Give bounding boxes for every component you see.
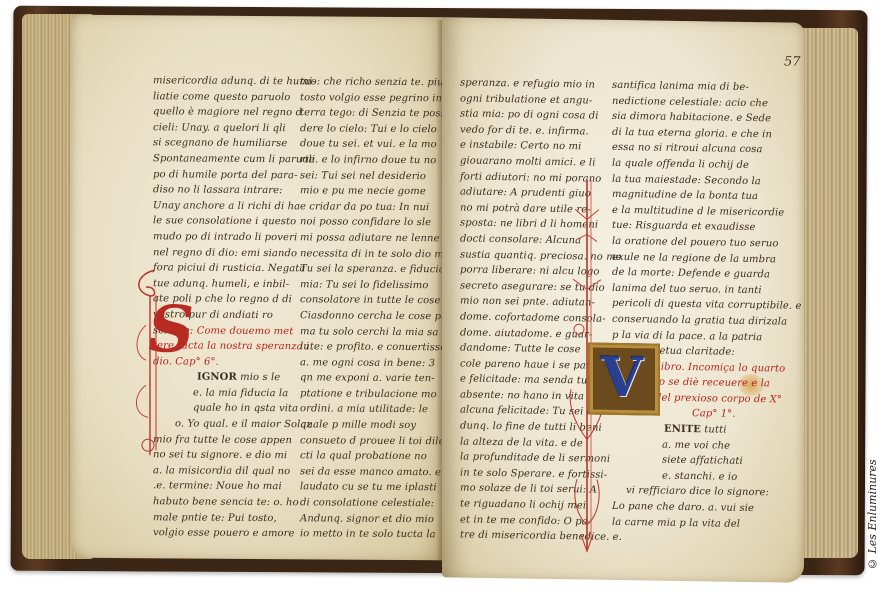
text-line: la carne mia p la vita del <box>612 514 752 532</box>
text-line: laudato cu se tu me iplasti <box>300 480 436 497</box>
text-line: ptatione e tribulacione mo <box>300 386 436 403</box>
text-line: Ciasdonno cercha le cose pe <box>300 308 436 325</box>
text-line: si scegnano de humiliarse <box>153 136 289 153</box>
text-line: le sue consolatione i questo <box>153 214 289 231</box>
text-line: consolatore in tutte le cose <box>300 293 436 310</box>
text-line: diso no li lassara intrare: <box>153 182 289 199</box>
text-line: Tu sei la speranza. e fiducia <box>300 261 436 278</box>
text-line: habuto bene sencia te: o. ho <box>153 494 289 511</box>
text-line: ma tu solo cerchi la mia sa <box>300 324 436 341</box>
text-line: cieli: Unay. a quelori li qli <box>153 120 289 137</box>
text-line: io metto in te solo tucta la <box>300 527 436 544</box>
initial-word-rest: IGNOR <box>197 372 237 383</box>
text-line: qn me exponi a. varie ten- <box>300 371 436 388</box>
text-line: e. la mia fiducia la <box>153 385 289 402</box>
text-line: volgio esse pouero e amore <box>153 525 289 542</box>
text-line: conseruando la gratia tua dirizala <box>612 312 752 330</box>
text-line: mi possa adiutare ne lenne <box>300 230 436 247</box>
text-line: santifica lanima mia di be- <box>612 78 752 96</box>
left-page: misericordia adunq. di te humi- liatie c… <box>70 15 448 561</box>
text-line: consueto d prouee li toi dile <box>300 433 436 450</box>
text-line: stia mia: po di ogni cosa di <box>460 107 600 125</box>
text-line: di consolatione celestiale: <box>300 495 436 512</box>
text-line: quello è magiore nel regno d <box>153 104 289 121</box>
text-line: Unay anchore a li richi di ha <box>153 198 289 215</box>
text-line: giouarano molti amici. e li <box>460 153 600 171</box>
manuscript-photo: misericordia adunq. di te humi- liatie c… <box>0 0 894 600</box>
text-line: nel regno di dio: emi siando <box>153 245 289 262</box>
text-line: misericordia adunq. di te humi- <box>153 73 289 90</box>
illuminated-initial-letter-v: V <box>588 342 660 415</box>
text-line: terra tego: di Senzia te posse <box>300 105 436 122</box>
rubric-heading-line: Come douemo met <box>197 325 294 337</box>
text-line: fora piciui di rusticia. Negata <box>153 260 289 277</box>
text-line: tue adunq. humeli, e inbil- <box>153 276 289 293</box>
text-line: lute: e profito. e conuertisse <box>300 339 436 356</box>
text-line: la quale offenda li ochij de <box>612 156 752 174</box>
text-line: mio s le <box>240 372 280 383</box>
text-line: e cridar da po tua: In nui <box>300 199 436 216</box>
text-line: quale p mille modi soy <box>300 417 436 434</box>
text-line: magnitudine de la bonta tua <box>612 187 752 205</box>
text-line: tosto volgio esse pegrino in <box>300 90 436 107</box>
text-line: sia dimora habitacione. e Sede <box>612 109 752 127</box>
text-line: Andunq. signor et dio mio <box>300 511 436 528</box>
text-line: o. Yo qual. e il maior Solaz <box>153 416 289 433</box>
text-line: necessita di in te solo dio mo <box>300 246 436 263</box>
text-line: tuo: che richo senzia te. piu <box>300 74 436 91</box>
text-line: tutti <box>704 424 726 435</box>
text-line: mio fra tutte le cose appen <box>153 432 289 449</box>
right-page: 57 speranza. e refugio mio in ogni tribu… <box>442 17 804 583</box>
text-line: ordini. a mia utilitade: le <box>300 402 436 419</box>
text-line: rte. e lo infirno doue tu no <box>300 152 436 169</box>
text-line: speranza. e refugio mio in <box>460 75 600 93</box>
text-line: male pntie te: Pui tosto, <box>153 510 289 527</box>
text-line: mio e pu me necie gome <box>300 183 436 200</box>
text-line: liatie come questo paruolo <box>153 89 289 106</box>
right-page-column-2: santifica lanima mia di be- nedictione c… <box>612 78 752 532</box>
initial-letter-glyph: V <box>594 347 650 408</box>
text-line: .e. termine: Noue ho mai <box>153 479 289 496</box>
text-line: Spontaneamente cum li paruoli <box>153 151 289 168</box>
text-line: a. me ogni cosa in bene: 3 <box>300 355 436 372</box>
text-line: mia: Tu sei lo fidelissimo <box>300 277 436 294</box>
text-line: sei da esse manco amato. e <box>300 464 436 481</box>
text-line: no sei tu signore. e dio mi <box>153 448 289 465</box>
folio-number: 57 <box>784 55 801 70</box>
left-page-column-2: tuo: che richo senzia te. piu tosto volg… <box>300 74 436 543</box>
text-line: a. la misicordia dil qual no <box>153 463 289 480</box>
text-line: doue tu sei. et vui. e la mo <box>300 137 436 154</box>
text-line: quale ho in qsta vita <box>153 401 289 418</box>
text-line: sei: Tui sei nel desiderio <box>300 168 436 185</box>
text-line: mudo po di intrado li poveri <box>153 229 289 246</box>
text-line: dere lo cielo: Tui e lo cielo <box>300 121 436 138</box>
initial-word-rest: ENITE <box>664 424 701 436</box>
text-line: la oratione del pouero tuo seruo <box>612 234 752 252</box>
text-line: cti la qual probatione no <box>300 449 436 466</box>
red-marginal-flourish-icon <box>126 265 166 465</box>
text-line: noi posso confidare lo sle <box>300 215 436 232</box>
copyright-credit: © Les Enluminures <box>866 450 890 570</box>
text-line: po di humile porta del para- <box>153 167 289 184</box>
text-line: Lo pane che daro. a. vui sie <box>612 499 752 517</box>
text-line: de la morte: Defende e guarda <box>612 265 752 283</box>
